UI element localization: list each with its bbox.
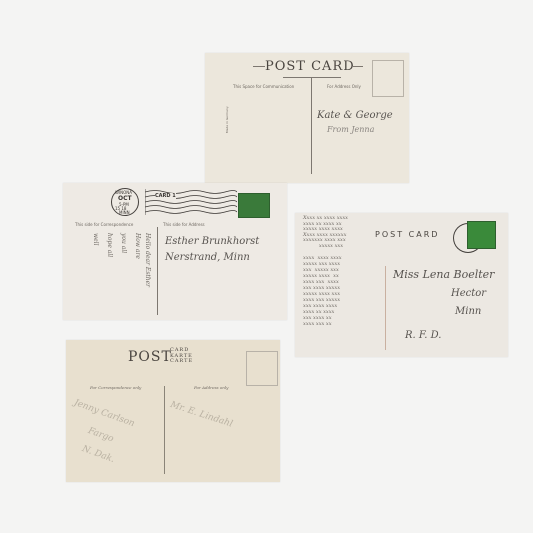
postmark-month: OCT	[118, 195, 132, 202]
address-line-1: Esther Brunkhorst	[165, 236, 259, 247]
message-text: well	[92, 233, 99, 246]
message-text: hope all	[106, 233, 113, 257]
address-label: For Address Only	[327, 84, 361, 89]
message-text: you all	[120, 233, 127, 253]
center-divider	[311, 78, 312, 174]
address-label: For Address only	[194, 385, 228, 390]
postcard-right: POST CARD Xxxx xx xxxx xxxx xxxx xx xxxx…	[295, 213, 508, 357]
postcard-header-right: CARD KARTE CARTE	[170, 348, 193, 365]
correspondence-label: This side for Correspondence	[75, 222, 133, 227]
header-rule	[283, 77, 341, 78]
cancel-text: CARD 1	[155, 193, 176, 199]
address-line-2: Nerstrand, Minn	[165, 252, 250, 263]
flourish-left	[253, 66, 265, 67]
stamp	[238, 193, 270, 218]
flourish-right	[351, 66, 363, 67]
message-text: How are	[134, 233, 141, 259]
address-line-2: Hector	[451, 288, 486, 299]
center-divider	[164, 386, 165, 474]
center-divider	[157, 227, 158, 315]
address-line-3: Minn	[455, 306, 481, 317]
stamp-box	[372, 60, 404, 97]
message-text: Hello dear Esther	[144, 233, 151, 287]
postcard-header-left: POST	[128, 349, 172, 365]
postcard-bottom: POST CARD KARTE CARTE For Correspondence…	[66, 340, 280, 482]
address-line-2: From Jenna	[327, 125, 374, 134]
postcard-top: POST CARD This Space for Communication F…	[205, 53, 409, 183]
center-divider	[385, 266, 386, 350]
stamp	[467, 221, 496, 249]
postcard-header: POST CARD	[375, 230, 439, 239]
address-label: This side for Address	[163, 222, 205, 227]
address-line-1: Miss Lena Boelter	[393, 268, 494, 281]
stamp-box	[246, 351, 278, 386]
address-line-1: Mr. E. Lindahl	[169, 400, 234, 430]
message-text: Xxxx xx xxxx xxxx xxxx xx xxxx xx xxxxx …	[303, 216, 348, 249]
message-text-2: xxxx xxxx xxxx xxxxx xxx xxxx xxx xxxxx …	[303, 255, 342, 327]
message-line-1: Jenny Carlson	[73, 398, 136, 429]
message-line-2: Fargo	[87, 426, 115, 444]
communication-label: This Space for Communication	[233, 84, 294, 89]
correspondence-label: For Correspondence only	[90, 385, 141, 390]
message-line-3: N. Dak.	[81, 444, 116, 465]
address-line-4: R. F. D.	[405, 330, 441, 341]
postcard-middle-left: WINONA OCT 5-PM 15 18 MINN CARD 1 This s…	[63, 183, 287, 320]
postcard-header: POST CARD	[265, 59, 355, 74]
made-in-imprint: Made in Germany	[225, 106, 229, 133]
address-line-1: Kate & George	[317, 110, 393, 121]
postmark-state: MINN	[119, 210, 130, 215]
